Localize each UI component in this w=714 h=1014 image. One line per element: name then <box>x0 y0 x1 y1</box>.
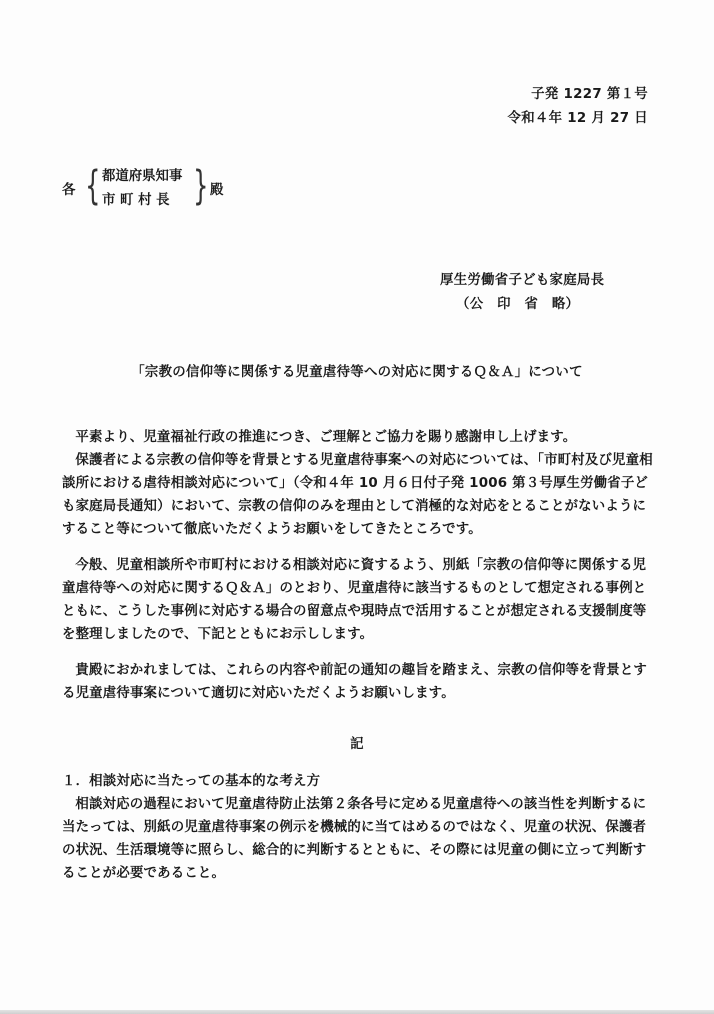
left-brace-icon: { <box>85 161 100 211</box>
sender-name: 厚生労働省子ども家庭局長 <box>440 272 604 289</box>
document-date: 令和４年 12 月 27 日 <box>508 110 648 127</box>
paragraph-greeting: 平素より、児童福祉行政の推進につき、ご理解とご協力を賜り感謝申し上げます。 <box>62 426 654 449</box>
addressee-recipients: 都道府県知事 市 町 村 長 <box>102 165 182 213</box>
right-brace-icon: } <box>193 161 208 211</box>
section-1-body: 相談対応の過程において児童虐待防止法第２条各号に定める児童虐待への該当性を判断す… <box>62 793 654 885</box>
ki-heading: 記 <box>0 736 714 753</box>
recipient-mayors: 市 町 村 長 <box>102 189 182 213</box>
section-1: １．相談対応に当たっての基本的な考え方 相談対応の過程において児童虐待防止法第２… <box>62 770 654 885</box>
addressee-prefix: 各 <box>62 179 75 198</box>
recipient-governors: 都道府県知事 <box>102 165 182 189</box>
reference-number: 子発 1227 第１号 <box>531 86 648 103</box>
addressee-block: 各 { 都道府県知事 市 町 村 長 } 殿 <box>60 163 240 213</box>
seal-note: （公 印 省 略） <box>456 296 579 313</box>
intro-paragraphs: 平素より、児童福祉行政の推進につき、ご理解とご協力を賜り感謝申し上げます。 保護… <box>62 426 654 541</box>
document-title: 「宗教の信仰等に関係する児童虐待等への対応に関するＱ＆Ａ」について <box>0 364 714 381</box>
paragraph-request: 貴殿におかれましては、これらの内容や前記の通知の趣旨を踏まえ、宗教の信仰等を背景… <box>62 659 654 705</box>
page-edge-divider <box>0 1010 714 1014</box>
paragraph-qa-notice: 今般、児童相談所や市町村における相談対応に資するよう、別紙「宗教の信仰等に関係す… <box>62 554 654 646</box>
document-page: 子発 1227 第１号 令和４年 12 月 27 日 各 { 都道府県知事 市 … <box>0 0 714 1010</box>
addressee-honorific: 殿 <box>210 179 223 198</box>
paragraph-background: 保護者による宗教の信仰等を背景とする児童虐待事案への対応については、「市町村及び… <box>62 449 654 541</box>
section-1-heading: １．相談対応に当たっての基本的な考え方 <box>62 770 654 793</box>
